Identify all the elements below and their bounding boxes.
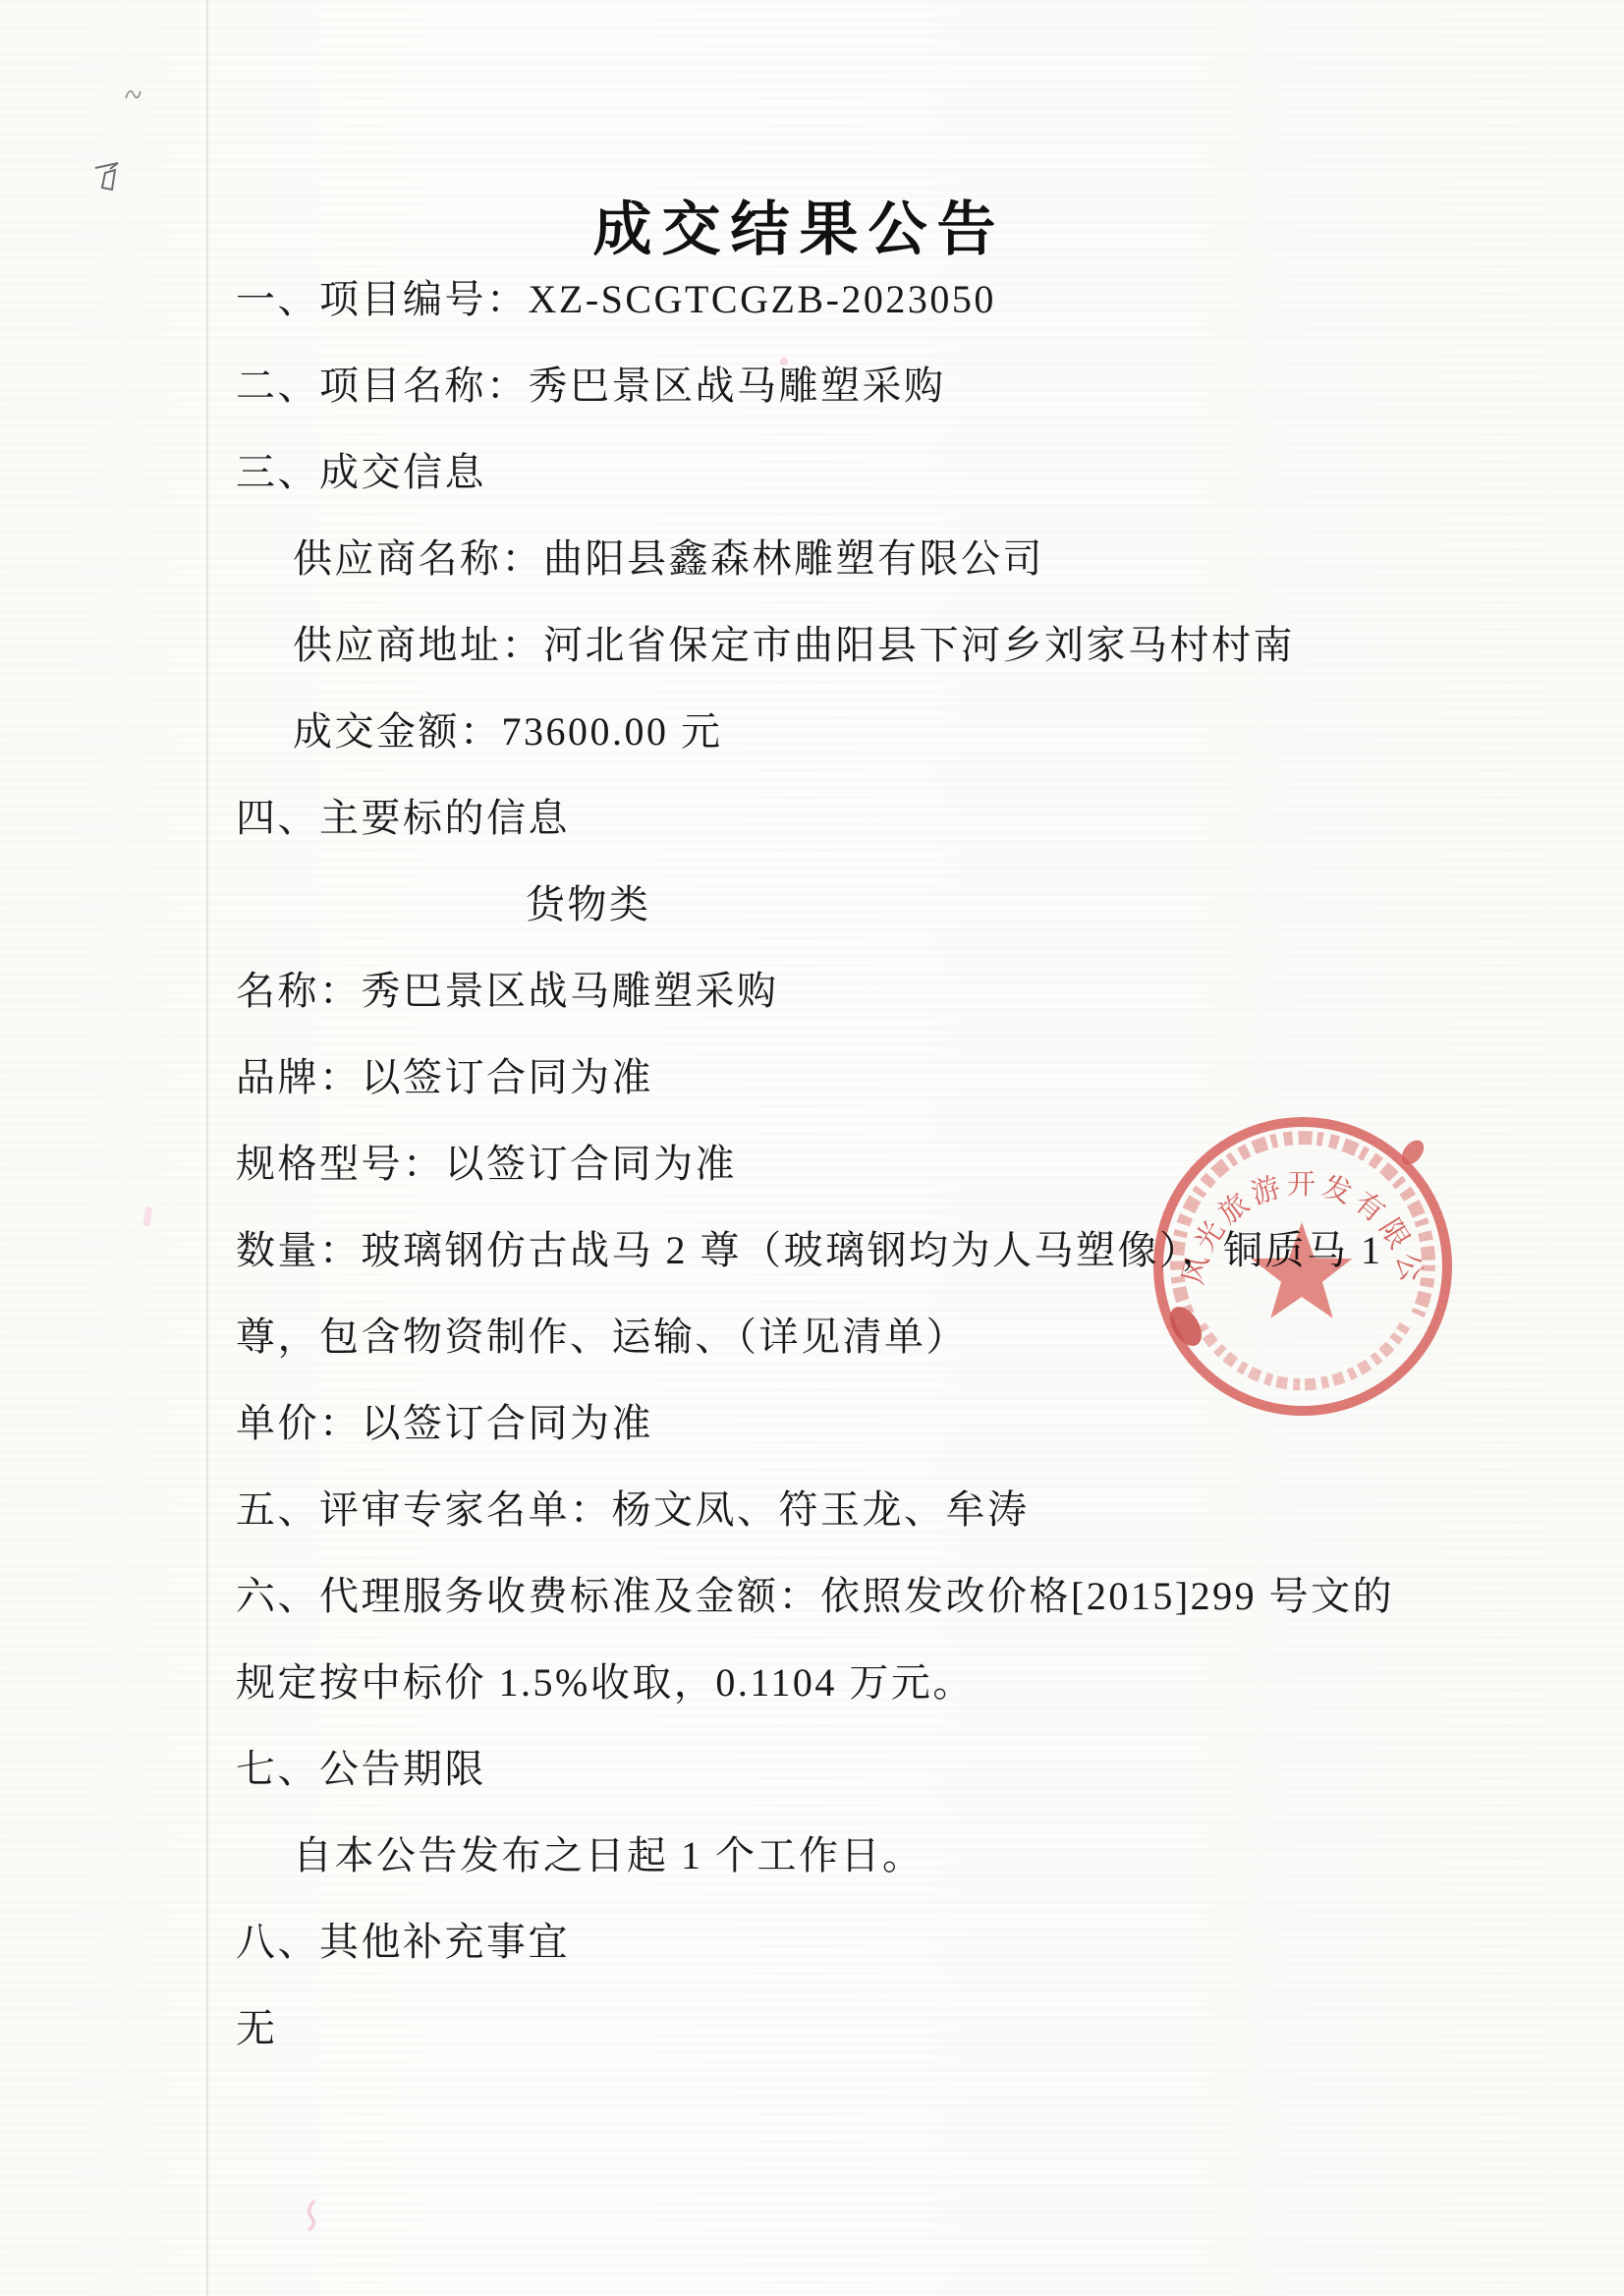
scan-marks-layer [0, 0, 1624, 2296]
pink-squiggle [308, 2201, 314, 2230]
pen-mark-small [126, 91, 140, 98]
pink-speck [780, 358, 788, 365]
pen-mark-seven-box [102, 170, 115, 190]
pink-smudge [143, 1206, 153, 1227]
pen-mark-seven [95, 163, 118, 169]
scanned-document-page: { "document": { "title": "成交结果公告", "line… [0, 0, 1624, 2296]
